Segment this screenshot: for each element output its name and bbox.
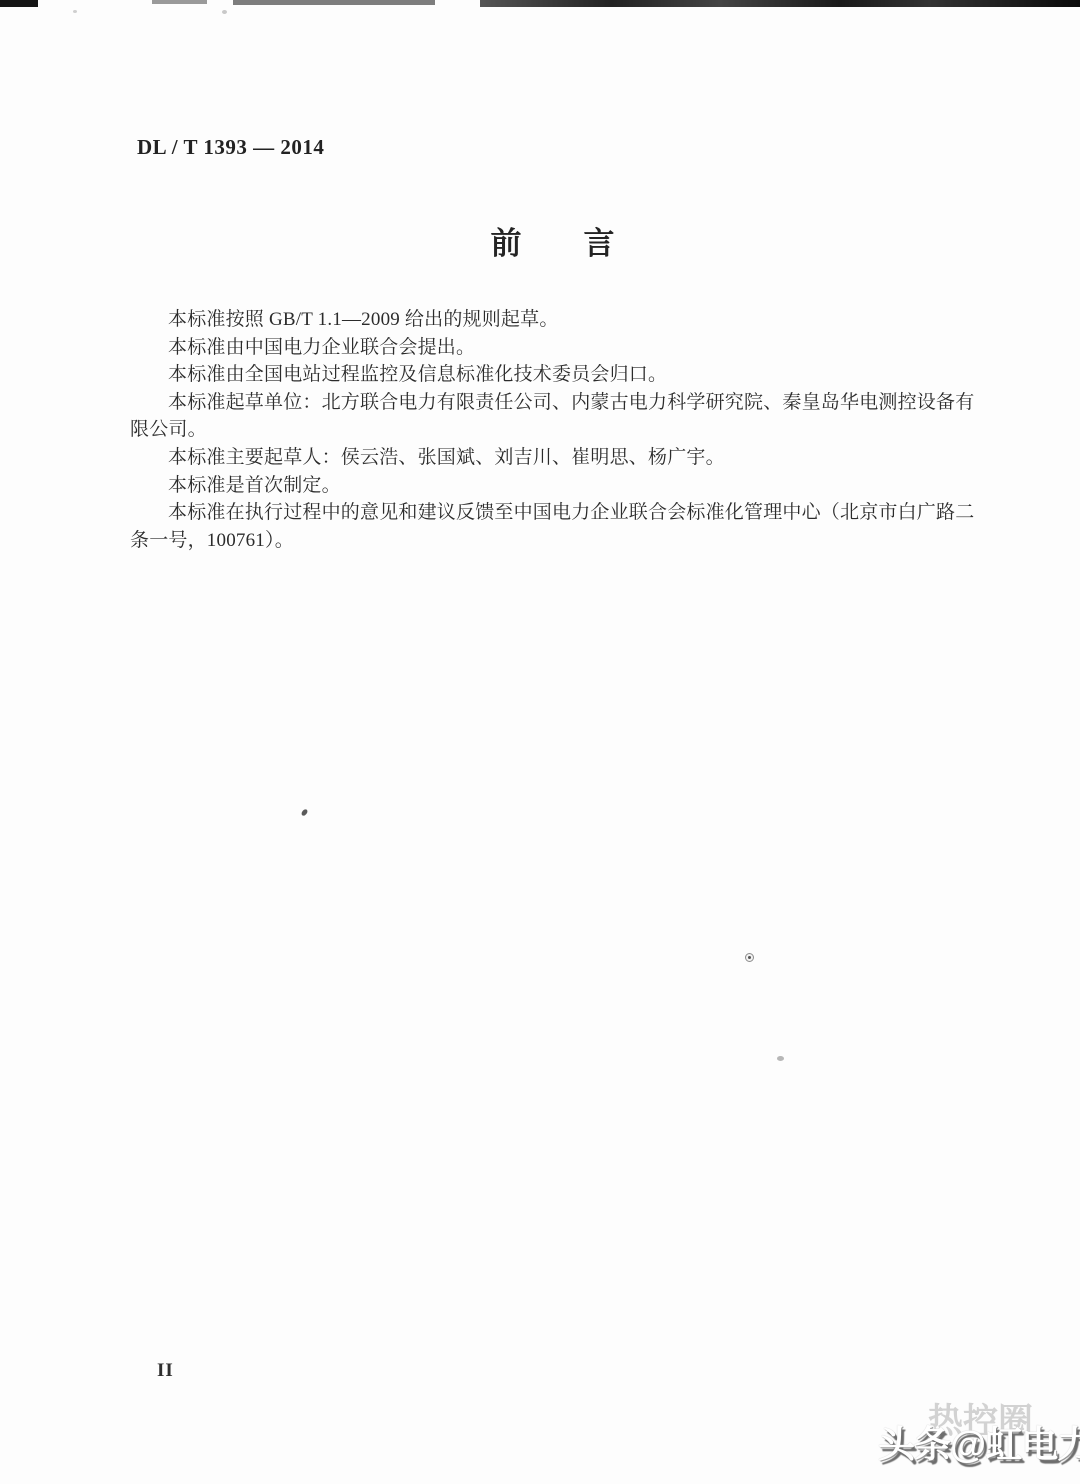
foreword-line: 本标准主要起草人：侯云浩、张国斌、刘吉川、崔明思、杨广宇。: [130, 444, 978, 472]
scan-speck: [222, 10, 227, 14]
foreword-line: 本标准按照 GB/T 1.1—2009 给出的规则起草。: [130, 306, 978, 334]
foreword-line: 本标准是首次制定。: [130, 472, 978, 500]
scan-artifact-bar: [480, 0, 1080, 7]
page-number: II: [157, 1360, 174, 1382]
foreword-line: 限公司。: [130, 416, 978, 444]
scan-speck: [73, 10, 77, 13]
scan-artifact-bar: [0, 0, 38, 7]
scan-speck: [301, 808, 308, 816]
standard-number: DL / T 1393 — 2014: [137, 135, 324, 160]
watermark-foreground-text: 头条@虹电力: [878, 1414, 1080, 1468]
scan-speck: [777, 1056, 784, 1061]
foreword-body: 本标准按照 GB/T 1.1—2009 给出的规则起草。 本标准由中国电力企业联…: [130, 306, 978, 554]
foreword-line: 条一号，100761）。: [130, 527, 978, 555]
foreword-line: 本标准起草单位：北方联合电力有限责任公司、内蒙古电力科学研究院、秦皇岛华电测控设…: [130, 389, 978, 417]
foreword-line: 本标准在执行过程中的意见和建议反馈至中国电力企业联合会标准化管理中心（北京市白广…: [130, 499, 978, 527]
foreword-line: 本标准由中国电力企业联合会提出。: [130, 334, 978, 362]
scanned-document-page: DL / T 1393 — 2014 前 言 本标准按照 GB/T 1.1—20…: [0, 0, 1080, 1484]
scan-artifact-bar: [233, 0, 435, 5]
scan-artifact-bar: [152, 0, 207, 4]
foreword-line: 本标准由全国电站过程监控及信息标准化技术委员会归口。: [130, 361, 978, 389]
scan-speck: [745, 953, 754, 962]
foreword-title: 前 言: [130, 218, 975, 263]
